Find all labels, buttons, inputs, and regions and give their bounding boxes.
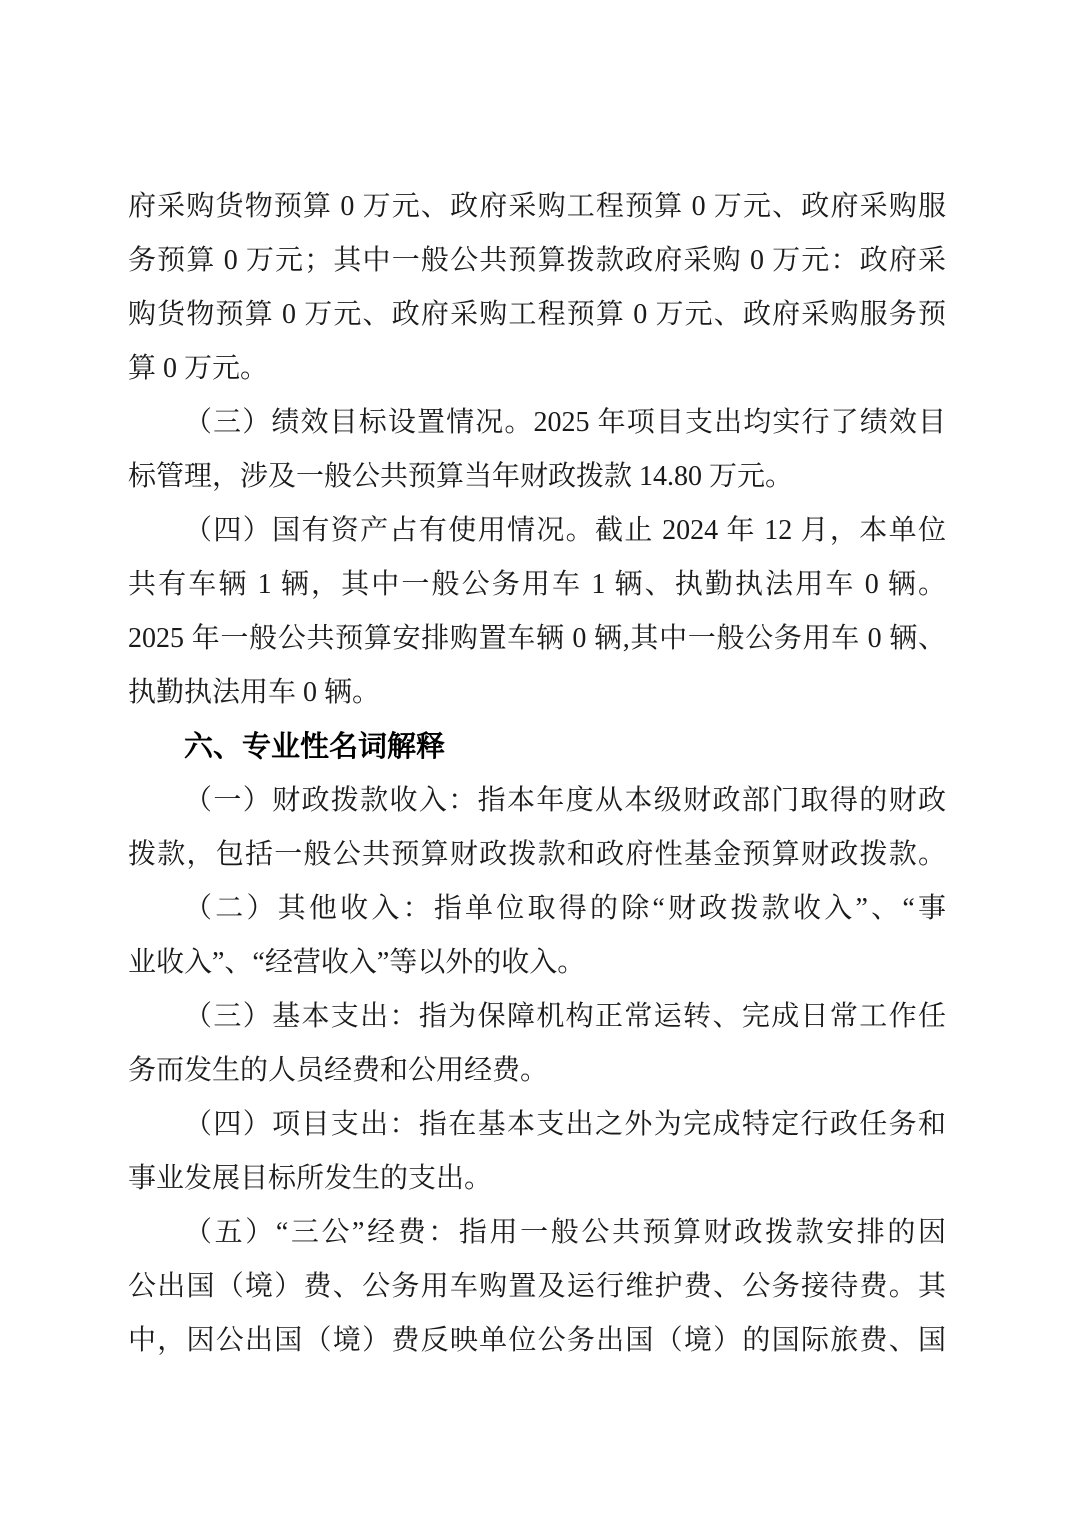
document-page: 府采购货物预算 0 万元、政府采购工程预算 0 万元、政府采购服务预算 0 万元…: [0, 0, 1074, 1520]
text-line: 务而发生的人员经费和公用经费。: [128, 1044, 946, 1098]
text-line: 府采购货物预算 0 万元、政府采购工程预算 0 万元、政府采购服: [128, 180, 946, 234]
text-line: （一）财政拨款收入：指本年度从本级财政部门取得的财政: [128, 774, 946, 828]
text-line: 务预算 0 万元；其中一般公共预算拨款政府采购 0 万元：政府采: [128, 234, 946, 288]
text-line: 购货物预算 0 万元、政府采购工程预算 0 万元、政府采购服务预: [128, 288, 946, 342]
text-line: （四）项目支出：指在基本支出之外为完成特定行政任务和: [128, 1098, 946, 1152]
text-line: 事业发展目标所发生的支出。: [128, 1152, 946, 1206]
text-line: 拨款，包括一般公共预算财政拨款和政府性基金预算财政拨款。: [128, 828, 946, 882]
text-line: 共有车辆 1 辆，其中一般公务用车 1 辆、执勤执法用车 0 辆。: [128, 558, 946, 612]
text-line: 公出国（境）费、公务用车购置及运行维护费、公务接待费。其: [128, 1260, 946, 1314]
section-heading: 六、专业性名词解释: [128, 720, 946, 774]
text-line: 标管理，涉及一般公共预算当年财政拨款 14.80 万元。: [128, 450, 946, 504]
document-content: 府采购货物预算 0 万元、政府采购工程预算 0 万元、政府采购服务预算 0 万元…: [128, 180, 946, 1368]
text-line: （五）“三公”经费：指用一般公共预算财政拨款安排的因: [128, 1206, 946, 1260]
text-line: （四）国有资产占有使用情况。截止 2024 年 12 月，本单位: [128, 504, 946, 558]
text-line: 中，因公出国（境）费反映单位公务出国（境）的国际旅费、国: [128, 1314, 946, 1368]
text-line: （三）基本支出：指为保障机构正常运转、完成日常工作任: [128, 990, 946, 1044]
text-line: 业收入”、“经营收入”等以外的收入。: [128, 936, 946, 990]
text-line: 2025 年一般公共预算安排购置车辆 0 辆,其中一般公务用车 0 辆、: [128, 612, 946, 666]
text-line: （三）绩效目标设置情况。2025 年项目支出均实行了绩效目: [128, 396, 946, 450]
text-line: 执勤执法用车 0 辆。: [128, 666, 946, 720]
text-line: 算 0 万元。: [128, 342, 946, 396]
text-line: （二）其他收入：指单位取得的除“财政拨款收入”、“事: [128, 882, 946, 936]
